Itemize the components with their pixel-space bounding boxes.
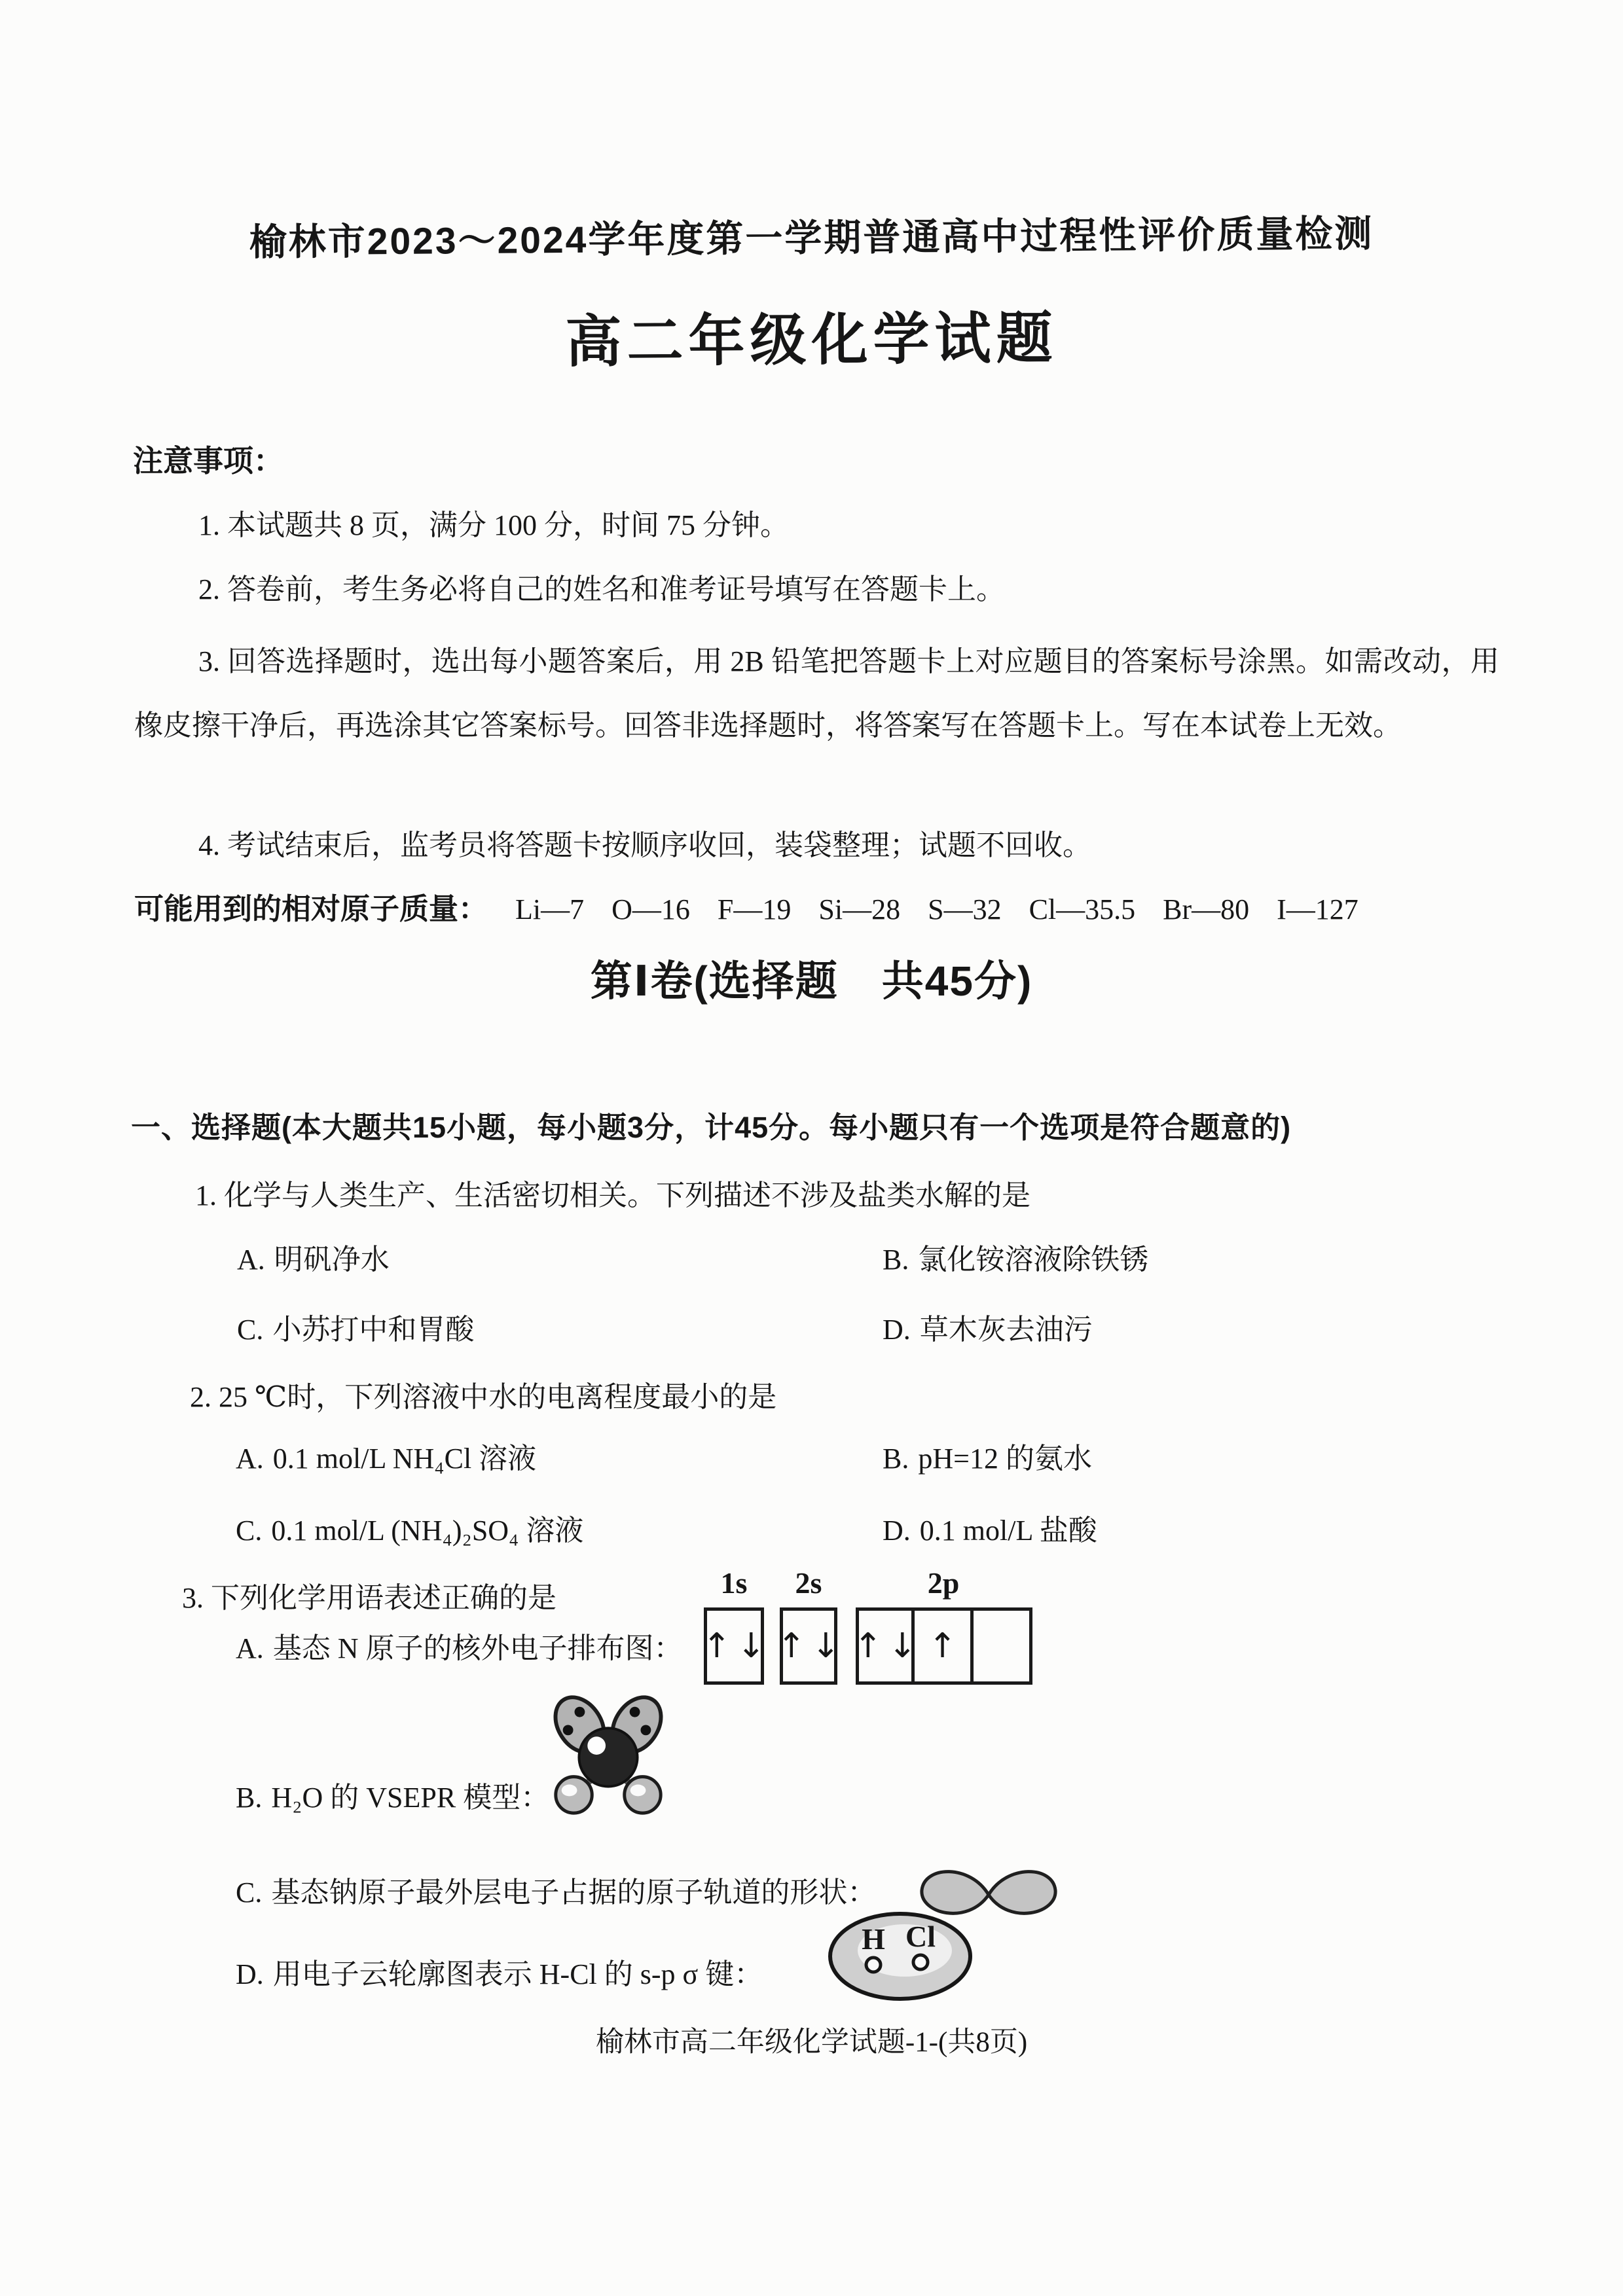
hydrogen-symbol: H (862, 1922, 885, 1956)
notice-item: 1. 本试题共 8 页，满分 100 分，时间 75 分钟。 (198, 501, 789, 543)
orbital-box-2p: ↑↓ (856, 1607, 915, 1685)
question-stem: 1. 化学与人类生产、生活密切相关。下列描述不涉及盐类水解的是 (195, 1172, 1030, 1213)
notice-item: 4. 考试结束后，监考员将答题卡按顺序收回，装袋整理；试题不回收。 (198, 821, 1091, 863)
option-text: 明矾净水 (274, 1244, 390, 1276)
option-text: 草木灰去油污 (920, 1314, 1093, 1346)
orbital-box-2p: ↑ (915, 1607, 974, 1685)
orbital-box-2s: ↑↓ (780, 1607, 837, 1685)
option-d: D.用电子云轮廓图表示 H-Cl 的 s-p σ 键： (236, 1950, 763, 1992)
option-b: B.H₂O 的 VSEPR 模型： (236, 1774, 549, 1816)
atomic-mass-value: S—32 (928, 893, 1001, 925)
option-text: 基态 N 原子的核外电子排布图： (273, 1632, 683, 1664)
option-text: 用电子云轮廓图表示 H-Cl 的 s-p σ 键： (273, 1958, 763, 1990)
lone-pair-dot (641, 1725, 651, 1735)
hydrogen-nucleus-circle (866, 1958, 881, 1972)
hydrogen-highlight (562, 1785, 577, 1797)
orbital-lobe (922, 1872, 989, 1914)
question-number: 3. (182, 1582, 204, 1614)
option-d: D.0.1 mol/L 盐酸 (883, 1507, 1097, 1549)
oxygen-highlight (587, 1736, 606, 1755)
question-text: 化学与人类生产、生活密切相关。下列描述不涉及盐类水解的是 (224, 1179, 1030, 1211)
atomic-mass-value: Si—28 (818, 893, 900, 925)
option-text: 0.1 mol/L NH₄Cl 溶液 (273, 1443, 536, 1475)
atomic-mass-label: 可能用到的相对原子质量： (134, 892, 488, 925)
option-label: C. (236, 1515, 262, 1547)
option-b: B.pH=12 的氨水 (883, 1435, 1092, 1477)
oxygen-atom (579, 1728, 637, 1786)
option-text: 基态钠原子最外层电子占据的原子轨道的形状： (271, 1876, 876, 1909)
orbital-box-group-2p: ↑↓ ↑ (856, 1607, 1032, 1685)
option-label: B. (883, 1244, 909, 1276)
electron-arrows: ↑↓ (697, 1626, 771, 1666)
orbital-box-2p (974, 1607, 1032, 1685)
option-label: C. (236, 1876, 262, 1909)
lone-pair-dot (563, 1725, 574, 1735)
atomic-mass-value: Br—80 (1163, 893, 1249, 925)
lone-pair-dot (575, 1707, 585, 1717)
atomic-mass-value: O—16 (611, 893, 690, 925)
option-label: A. (236, 1443, 264, 1475)
electron-arrows: ↑ (922, 1626, 963, 1666)
water-vsepr-model-graphic (543, 1692, 673, 1816)
option-label: D. (236, 1958, 264, 1990)
notice-item: 3. 回答选择题时，选出每小题答案后，用 2B 铅笔把答题卡上对应题目的答案标号… (134, 630, 1499, 758)
option-c: C.小苏打中和胃酸 (237, 1306, 474, 1348)
hcl-sigma-bond-graphic: H Cl (826, 1910, 976, 2003)
option-b: B.氯化铵溶液除铁锈 (883, 1236, 1148, 1278)
option-a: A.明矾净水 (237, 1236, 390, 1278)
option-d: D.草木灰去油污 (883, 1306, 1093, 1348)
option-label: D. (883, 1515, 911, 1547)
option-label: B. (236, 1782, 262, 1814)
chlorine-symbol: Cl (905, 1920, 936, 1953)
option-text: 氯化铵溶液除铁锈 (918, 1244, 1148, 1276)
option-text: 小苏打中和胃酸 (272, 1314, 474, 1346)
orbital-label-2p: 2p (856, 1566, 1031, 1600)
question-stem: 2. 25 ℃时，下列溶液中水的电离程度最小的是 (190, 1373, 776, 1415)
orbital-label-2s: 2s (780, 1566, 837, 1600)
atomic-mass-value: Cl—35.5 (1029, 893, 1136, 925)
orbital-diagram: 1s 2s 2p ↑↓ ↑↓ ↑↓ ↑ (704, 1566, 1034, 1700)
notice-heading: 注意事项： (133, 437, 283, 480)
atomic-mass-line: 可能用到的相对原子质量：Li—7O—16F—19Si—28S—32Cl—35.5… (134, 885, 1359, 927)
option-label: A. (237, 1244, 265, 1276)
atomic-mass-value: F—19 (718, 893, 791, 925)
question-text: 25 ℃时，下列溶液中水的电离程度最小的是 (219, 1381, 776, 1413)
question-number: 2. (190, 1381, 211, 1413)
option-a: A.0.1 mol/L NH₄Cl 溶液 (236, 1435, 536, 1477)
electron-arrows: ↑↓ (771, 1626, 846, 1666)
section-heading: 第Ⅰ卷(选择题 共45分) (0, 948, 1623, 1008)
section-intro: 一、选择题(本大题共15小题，每小题3分，计45分。每小题只有一个选项是符合题意… (131, 1103, 1291, 1146)
exam-page: 榆林市2023～2024学年度第一学期普通高中过程性评价质量检测 高二年级化学试… (0, 0, 1623, 2296)
option-label: C. (237, 1314, 263, 1346)
orbital-label-1s: 1s (704, 1566, 764, 1600)
exam-title: 榆林市2023～2024学年度第一学期普通高中过程性评价质量检测 (0, 202, 1623, 268)
option-text: 0.1 mol/L 盐酸 (920, 1515, 1097, 1547)
option-label: A. (236, 1632, 264, 1664)
question-number: 1. (195, 1179, 217, 1211)
option-c: C.基态钠原子最外层电子占据的原子轨道的形状： (236, 1869, 876, 1910)
notice-item: 2. 答卷前，考生务必将自己的姓名和准考证号填写在答题卡上。 (198, 565, 1005, 607)
option-text: H₂O 的 VSEPR 模型： (271, 1782, 549, 1814)
atomic-mass-value: I—127 (1277, 893, 1359, 925)
option-label: D. (883, 1314, 911, 1346)
option-text: 0.1 mol/L (NH₄)₂SO₄ 溶液 (271, 1515, 583, 1547)
electron-arrows: ↑↓ (848, 1626, 922, 1666)
option-c: C.0.1 mol/L (NH₄)₂SO₄ 溶液 (236, 1507, 583, 1549)
lone-pair-dot (630, 1707, 640, 1717)
hydrogen-highlight (630, 1785, 646, 1797)
page-footer: 榆林市高二年级化学试题-1-(共8页) (0, 2020, 1623, 2060)
orbital-box-1s: ↑↓ (704, 1607, 764, 1685)
option-text: pH=12 的氨水 (918, 1443, 1092, 1475)
atomic-mass-value: Li—7 (515, 893, 584, 925)
question-text: 下列化学用语表述正确的是 (211, 1582, 556, 1614)
question-stem: 3. 下列化学用语表述正确的是 (182, 1574, 556, 1616)
option-label: B. (883, 1443, 909, 1475)
exam-subtitle: 高二年级化学试题 (0, 288, 1623, 382)
orbital-lobe (989, 1872, 1055, 1914)
option-a: A.基态 N 原子的核外电子排布图： (236, 1624, 683, 1666)
chlorine-nucleus-circle (913, 1955, 928, 1969)
